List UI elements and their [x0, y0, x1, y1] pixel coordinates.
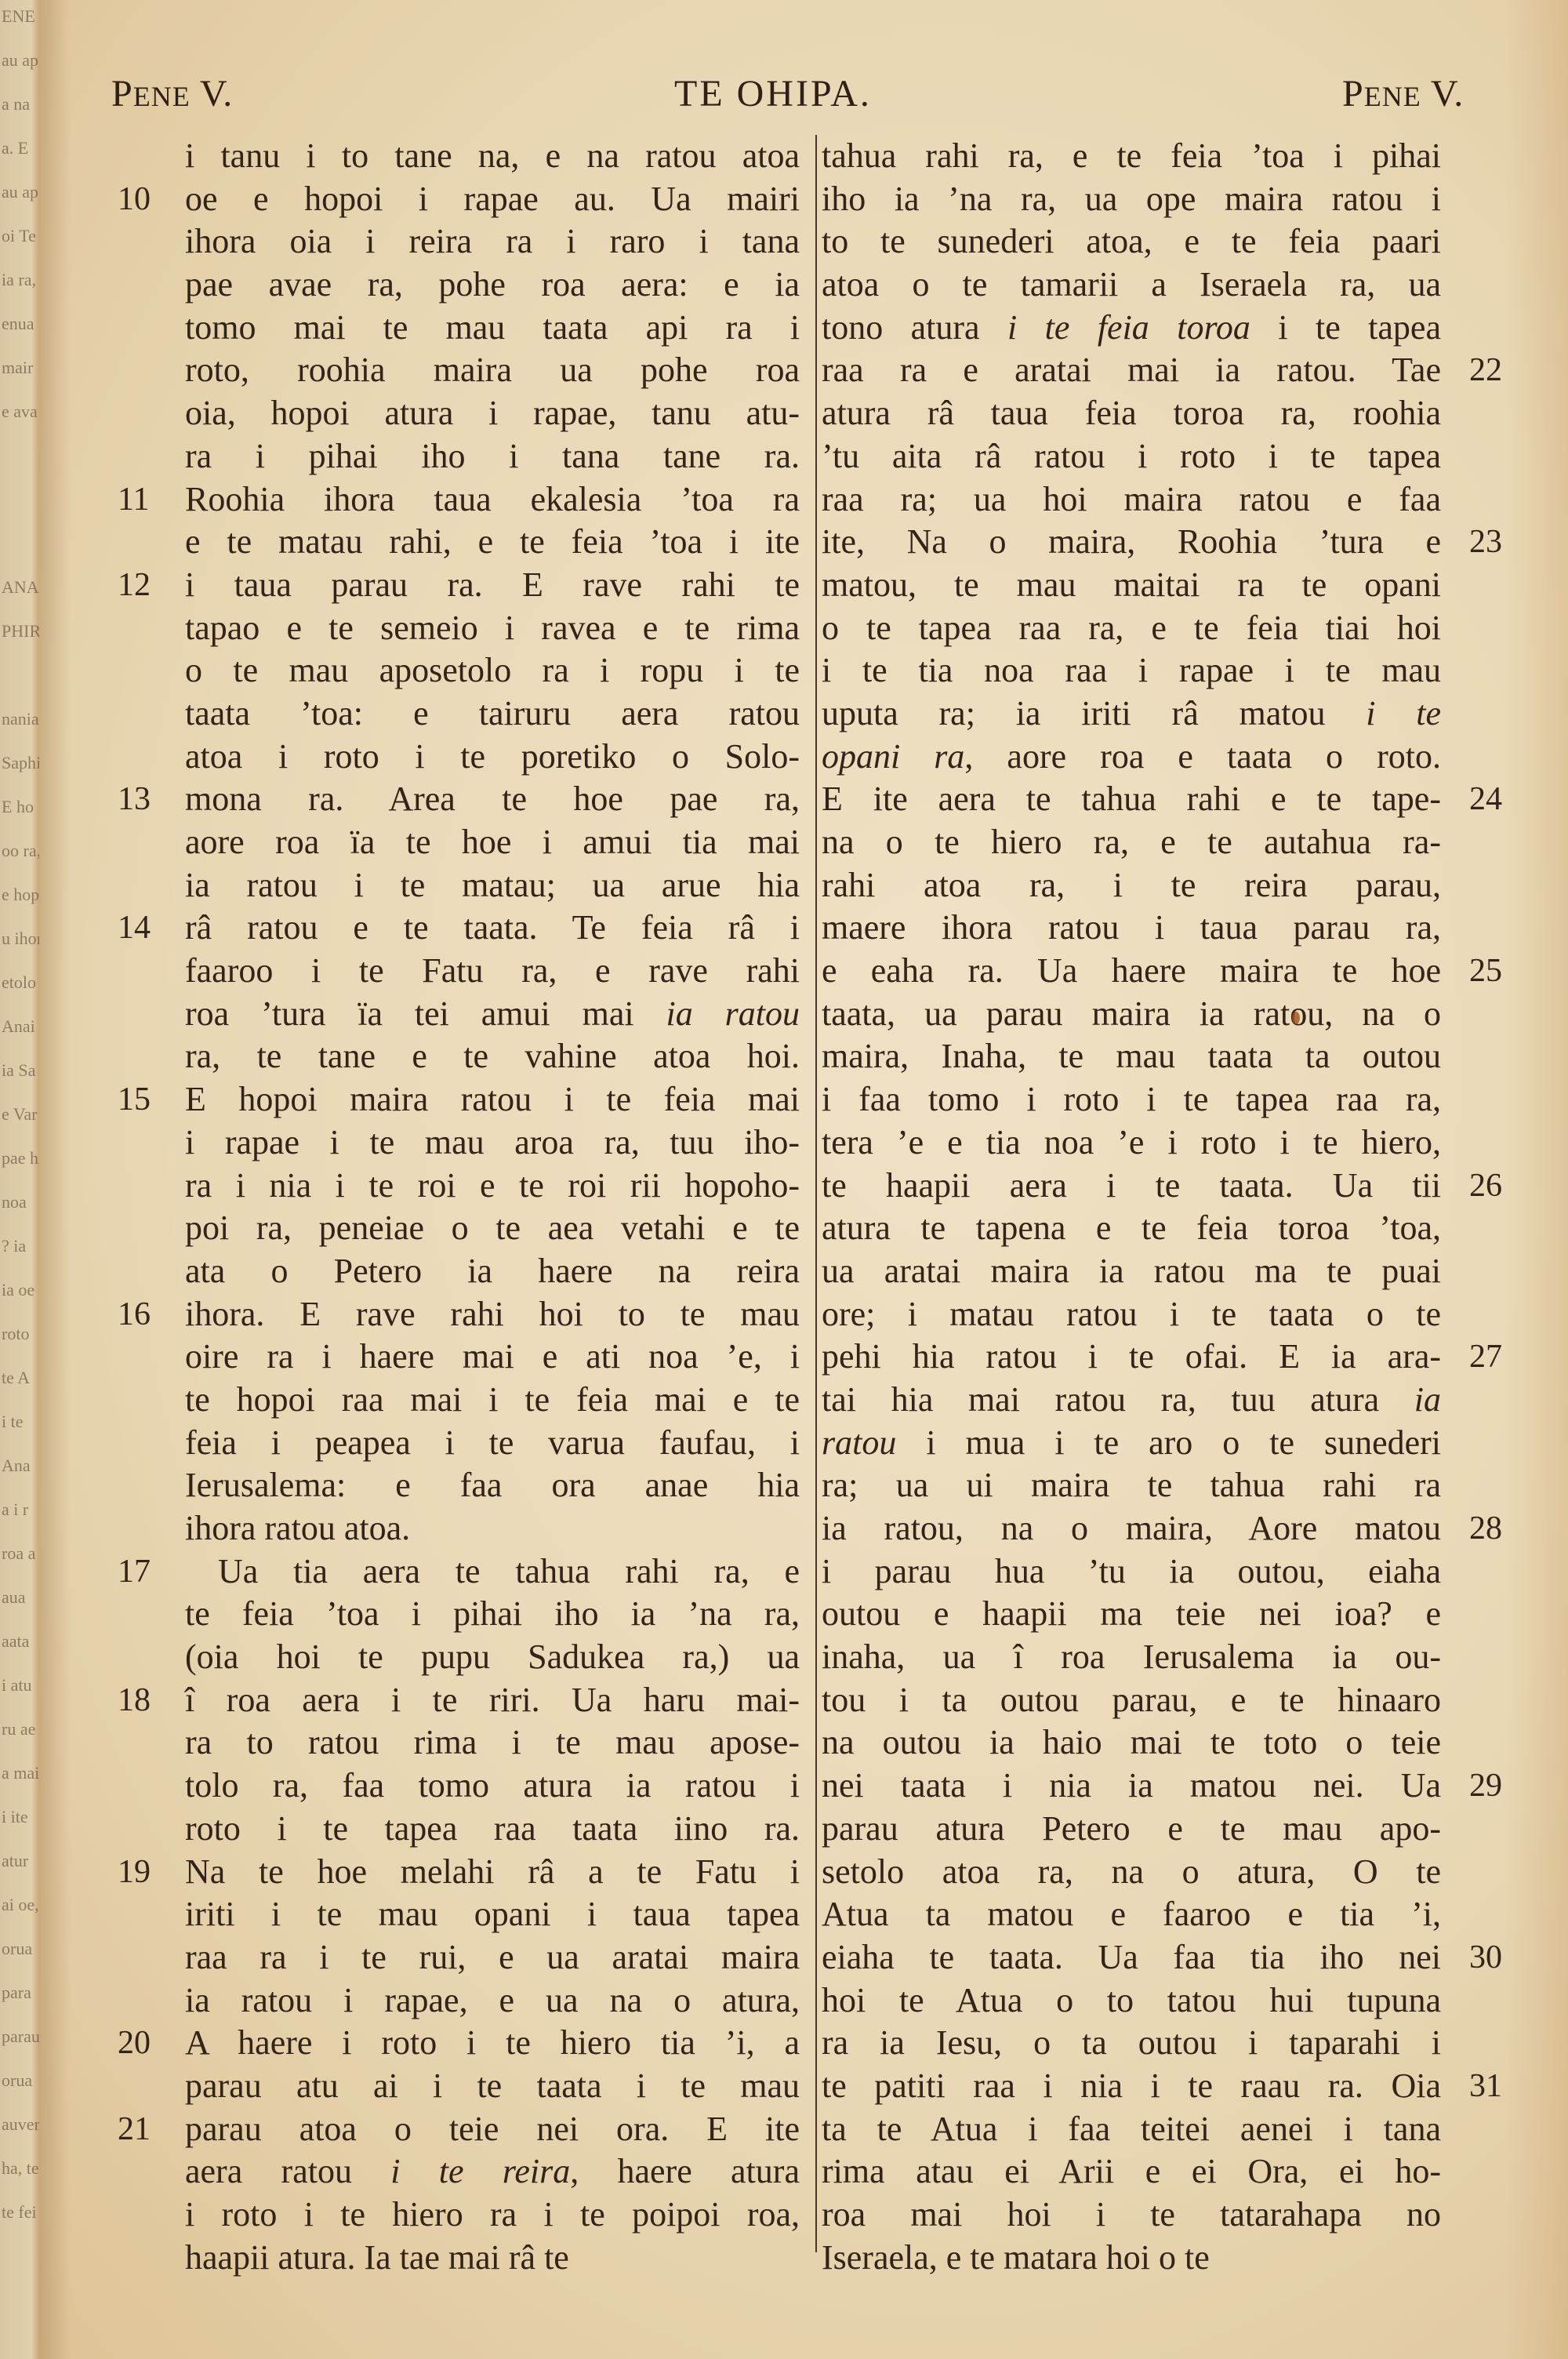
text-line: ra i pihai iho i tana tane ra.: [185, 435, 800, 478]
text-line: roto i te tapea raa taata iino ra.: [185, 1808, 800, 1851]
text-line: atura te tapena e te feia toroa ’toa,: [822, 1207, 1441, 1250]
line-text: parau atura Petero e te mau apo-: [822, 1809, 1441, 1848]
bleed-text: orua: [2, 1939, 32, 1959]
text-line: ihora oia i reira ra i raro i tana: [185, 220, 800, 264]
text-line: (oia hoi te pupu Sadukea ra,) ua: [185, 1636, 800, 1679]
verse-number: 15: [118, 1078, 151, 1121]
line-text: ihora oia i reira ra i raro i tana: [185, 222, 800, 260]
text-line: ata o Petero ia haere na reira: [185, 1250, 800, 1293]
verse-number: 14: [118, 907, 151, 950]
verse-number: 12: [118, 564, 151, 607]
bleed-text: oo ra,: [2, 841, 39, 861]
bleed-text: orua: [2, 2070, 32, 2091]
running-head-right: PENE V.: [1342, 72, 1464, 115]
bleed-text: ru ae: [2, 1719, 35, 1739]
line-text: oe e hopoi i rapae au. Ua mairi: [185, 180, 800, 218]
line-text: tera ’e e tia noa ’e i roto i te hiero,: [822, 1123, 1441, 1161]
text-line: maere ihora ratou i taua parau ra,: [822, 907, 1441, 950]
text-line: maira, Inaha, te mau taata ta outou: [822, 1035, 1441, 1078]
line-text: roa mai hoi i te tatarahapa no: [822, 2195, 1441, 2234]
line-text: A haere i roto i te hiero tia ’i, a: [185, 2023, 800, 2062]
text-line: i tanu i to tane na, e na ratou atoa: [185, 135, 800, 178]
line-text: poi ra, peneiae o te aea vetahi e te: [185, 1209, 800, 1247]
line-text: parau atu ai i te taata i te mau: [185, 2066, 800, 2105]
text-line: tou i ta outou parau, e te hinaaro: [822, 1679, 1441, 1722]
verse-number: 13: [118, 778, 151, 821]
text-line: parau atu ai i te taata i te mau: [185, 2065, 800, 2108]
bleed-text: auver: [2, 2114, 39, 2135]
line-text: uputa ra; ia iriti râ matou: [822, 694, 1366, 732]
line-text: taata ’toa: e tairuru aera ratou: [185, 694, 800, 732]
line-text: i rapae i te mau aroa ra, tuu iho-: [185, 1123, 800, 1161]
text-line: roa ’tura ïa tei amui mai ia ratou: [185, 993, 800, 1036]
line-text: , haere atura: [570, 2152, 800, 2190]
line-text: to te sunederi atoa, e te feia paari: [822, 222, 1441, 260]
text-line: 27pehi hia ratou i te ofai. E ia ara-: [822, 1336, 1441, 1379]
text-line: i faa tomo i roto i te tapea raa ra,: [822, 1078, 1441, 1121]
text-column-right: tahua rahi ra, e te feia ’toa i pihaiiho…: [822, 135, 1441, 2279]
page-edge-shade: [1505, 0, 1568, 2359]
bleed-text: oi Te: [2, 226, 36, 246]
verse-number: 24: [1469, 778, 1502, 821]
bleed-text: Ana: [2, 1456, 31, 1476]
text-line: 19Na te hoe melahi râ a te Fatu i: [185, 1851, 800, 1894]
text-line: o te mau aposetolo ra i ropu i te: [185, 649, 800, 692]
line-text: oia, hopoi atura i rapae, tanu atu-: [185, 394, 800, 432]
text-line: ra to ratou rima i te mau apose-: [185, 1721, 800, 1765]
text-line: ra i nia i te roi e te roi rii hopoho-: [185, 1165, 800, 1208]
text-line: na o te hiero ra, e te autahua ra-: [822, 821, 1441, 864]
line-text: Ierusalema: e faa ora anae hia: [185, 1466, 800, 1504]
verse-number: 19: [118, 1851, 151, 1894]
text-line: rahi atoa ra, i te reira parau,: [822, 864, 1441, 907]
text-line: taata ’toa: e tairuru aera ratou: [185, 692, 800, 736]
text-line: i te tia noa raa i rapae i te mau: [822, 649, 1441, 692]
line-text: roa ’tura ïa tei amui mai: [185, 994, 666, 1033]
line-text: E hopoi maira ratou i te feia mai: [185, 1080, 800, 1118]
text-line: 31te patiti raa i nia i te raau ra. Oia: [822, 2065, 1441, 2108]
line-text: î roa aera i te riri. Ua haru mai-: [185, 1681, 800, 1719]
bleed-text: ai oe,: [2, 1895, 39, 1915]
text-line: tomo mai te mau taata api ra i: [185, 307, 800, 350]
line-text: te hopoi raa mai i te feia mai e te: [185, 1380, 800, 1419]
line-text: tou i ta outou parau, e te hinaaro: [822, 1681, 1441, 1719]
text-line: ra, te tane e te vahine atoa hoi.: [185, 1035, 800, 1078]
verse-number: 21: [118, 2108, 151, 2151]
line-text: hoi te Atua o to tatou hui tupuna: [822, 1981, 1441, 2019]
text-line: feia i peapea i te varua faufau, i: [185, 1422, 800, 1465]
line-text: i mua i te aro o te sunederi: [896, 1423, 1441, 1462]
line-text: ia ratou, na o maira, Aore matou: [822, 1509, 1441, 1547]
line-text: ’tu aita râ ratou i roto i te tapea: [822, 437, 1441, 475]
text-line: oia, hopoi atura i rapae, tanu atu-: [185, 392, 800, 435]
text-line: 23ite, Na o maira, Roohia ’tura e: [822, 521, 1441, 564]
verse-number: 22: [1469, 349, 1502, 392]
bleed-text: a. E: [2, 138, 28, 158]
text-line: tono atura i te feia toroa i te tapea: [822, 307, 1441, 350]
text-line: raa ra; ua hoi maira ratou e faa: [822, 478, 1441, 522]
verse-number: 23: [1469, 521, 1502, 564]
text-line: 12i taua parau ra. E rave rahi te: [185, 564, 800, 607]
bleed-text: i atu: [2, 1675, 32, 1696]
line-text: E ite aera te tahua rahi e te tape-: [822, 780, 1441, 818]
text-line: e te matau rahi, e te feia ’toa i ite: [185, 521, 800, 564]
text-line: 29nei taata i nia ia matou nei. Ua: [822, 1765, 1441, 1808]
text-line: 25e eaha ra. Ua haere maira te hoe: [822, 950, 1441, 993]
text-line: 11Roohia ihora taua ekalesia ’toa ra: [185, 478, 800, 522]
bleed-text: mair: [2, 358, 33, 378]
line-text: ra ia Iesu, o ta outou i taparahi i: [822, 2023, 1441, 2062]
line-text: ihora ratou atoa.: [185, 1509, 410, 1547]
line-text: , aore roa e taata o roto.: [964, 737, 1441, 776]
bleed-text: ia oe: [2, 1280, 34, 1300]
text-line: rima atau ei Arii e ei Ora, ei ho-: [822, 2150, 1441, 2194]
bleed-text: ENE I: [2, 6, 39, 27]
line-text: setolo atoa ra, na o atura, O te: [822, 1852, 1441, 1891]
bleed-text: para: [2, 1983, 31, 2003]
text-line: 13mona ra. Area te hoe pae ra,: [185, 778, 800, 821]
text-line: iriti i te mau opani i taua tapea: [185, 1893, 800, 1936]
verse-number: 20: [118, 2022, 151, 2065]
bleed-text: enua: [2, 314, 34, 334]
text-line: ihora ratou atoa.: [185, 1507, 800, 1550]
italic-text: i te feia toroa: [1007, 308, 1250, 347]
line-text: râ ratou e te taata. Te feia râ i: [185, 908, 800, 947]
text-line: outou e haapii ma teie nei ioa? e: [822, 1593, 1441, 1636]
text-line: setolo atoa ra, na o atura, O te: [822, 1851, 1441, 1894]
text-line: 18î roa aera i te riri. Ua haru mai-: [185, 1679, 800, 1722]
line-text: ore; i matau ratou i te taata o te: [822, 1295, 1441, 1333]
text-line: 20A haere i roto i te hiero tia ’i, a: [185, 2022, 800, 2065]
line-text: ia ratou i rapae, e ua na o atura,: [185, 1981, 800, 2019]
bleed-text: aata: [2, 1631, 29, 1652]
text-line: inaha, ua î roa Ierusalema ia ou-: [822, 1636, 1441, 1679]
bleed-text: te fei: [2, 2202, 37, 2223]
line-text: ra i nia i te roi e te roi rii hopoho-: [185, 1166, 800, 1205]
line-text: ihora. E rave rahi hoi to te mau: [185, 1295, 800, 1333]
line-text: i tanu i to tane na, e na ratou atoa: [185, 136, 800, 175]
line-text: aera ratou: [185, 2152, 390, 2190]
bleed-text: au ap: [2, 50, 38, 71]
bleed-text: a mai: [2, 1763, 39, 1783]
line-text: i te tia noa raa i rapae i te mau: [822, 651, 1441, 689]
line-text: tai hia mai ratou ra, tuu atura: [822, 1380, 1414, 1419]
bleed-text: e Var: [2, 1104, 37, 1125]
line-text: atoa i roto i te poretiko o Solo-: [185, 737, 800, 776]
adjacent-page-edge: ENE Iau apa naa. Eau apoi Teia ra,enuama…: [0, 0, 39, 2359]
text-line: 21parau atoa o teie nei ora. E ite: [185, 2108, 800, 2151]
bleed-text: nania: [2, 709, 39, 729]
line-text: taata, ua parau maira ia ratou, na o: [822, 994, 1441, 1033]
line-text: parau atoa o teie nei ora. E ite: [185, 2110, 800, 2148]
line-text: te feia ’toa i pihai iho ia ’na ra,: [185, 1594, 800, 1633]
line-text: o te mau aposetolo ra i ropu i te: [185, 651, 800, 689]
text-line: 30eiaha te taata. Ua faa tia iho nei: [822, 1936, 1441, 1979]
text-line: i roto i te hiero ra i te poipoi roa,: [185, 2194, 800, 2237]
line-text: pae avae ra, pohe roa aera: e ia: [185, 265, 800, 304]
bleed-text: noa: [2, 1192, 27, 1212]
gutter-shadow: [39, 0, 71, 2359]
text-line: te hopoi raa mai i te feia mai e te: [185, 1379, 800, 1422]
text-line: Iseraela, e te matara hoi o te: [822, 2237, 1441, 2280]
line-text: na outou ia haio mai te toto o teie: [822, 1723, 1441, 1761]
text-line: Ierusalema: e faa ora anae hia: [185, 1464, 800, 1507]
text-line: 26te haapii aera i te taata. Ua tii: [822, 1165, 1441, 1208]
text-line: oire ra i haere mai e ati noa ’e, i: [185, 1336, 800, 1379]
verse-number: 26: [1469, 1165, 1502, 1208]
line-text: feia i peapea i te varua faufau, i: [185, 1423, 800, 1462]
line-text: tapao e te semeio i ravea e te rima: [185, 609, 800, 647]
text-line: aore roa ïa te hoe i amui tia mai: [185, 821, 800, 864]
bleed-text: Saphi: [2, 753, 39, 773]
line-text: e te matau rahi, e te feia ’toa i ite: [185, 522, 800, 561]
line-text: rahi atoa ra, i te reira parau,: [822, 866, 1441, 904]
text-column-left: i tanu i to tane na, e na ratou atoa10oe…: [185, 135, 800, 2279]
text-line: na outou ia haio mai te toto o teie: [822, 1721, 1441, 1765]
line-text: ite, Na o maira, Roohia ’tura e: [822, 522, 1441, 561]
text-line: haapii atura. Ia tae mai râ te: [185, 2237, 800, 2280]
bleed-text: a na: [2, 94, 30, 114]
text-line: ua aratai maira ia ratou ma te puai: [822, 1250, 1441, 1293]
bleed-text: E ho: [2, 797, 34, 817]
line-text: pehi hia ratou i te ofai. E ia ara-: [822, 1337, 1441, 1376]
verse-number: 28: [1469, 1507, 1502, 1550]
bleed-text: roto: [2, 1324, 29, 1344]
italic-text: i te reira: [390, 2152, 570, 2190]
bleed-text: i te: [2, 1412, 24, 1432]
bleed-text: u ihor: [2, 929, 39, 949]
text-line: parau atura Petero e te mau apo-: [822, 1808, 1441, 1851]
line-text: (oia hoi te pupu Sadukea ra,) ua: [185, 1637, 800, 1676]
text-line: ia ratou i rapae, e ua na o atura,: [185, 1979, 800, 2023]
text-line: tahua rahi ra, e te feia ’toa i pihai: [822, 135, 1441, 178]
text-line: te feia ’toa i pihai iho ia ’na ra,: [185, 1593, 800, 1636]
bleed-text: ANAN: [2, 577, 39, 598]
line-text: ata o Petero ia haere na reira: [185, 1252, 800, 1290]
verse-number: 30: [1469, 1936, 1502, 1979]
italic-text: opani ra: [822, 737, 964, 776]
bleed-text: e ava: [2, 402, 38, 422]
verse-number: 11: [118, 478, 149, 522]
text-line: raa ra i te rui, e ua aratai maira: [185, 1936, 800, 1979]
text-line: atura râ taua feia toroa ra, roohia: [822, 392, 1441, 435]
line-text: maere ihora ratou i taua parau ra,: [822, 908, 1441, 947]
line-text: Roohia ihora taua ekalesia ’toa ra: [185, 480, 800, 518]
text-line: 17Ua tia aera te tahua rahi ra, e: [185, 1550, 800, 1594]
line-text: aore roa ïa te hoe i amui tia mai: [185, 823, 800, 861]
line-text: matou, te mau maitai ra te opani: [822, 565, 1441, 604]
text-line: 22raa ra e aratai mai ia ratou. Tae: [822, 349, 1441, 392]
verse-number: 29: [1469, 1765, 1502, 1808]
bleed-text: a i r: [2, 1499, 28, 1520]
text-line: ra; ua ui maira te tahua rahi ra: [822, 1464, 1441, 1507]
line-text: faaroo i te Fatu ra, e rave rahi: [185, 951, 800, 990]
text-line: pae avae ra, pohe roa aera: e ia: [185, 264, 800, 307]
line-text: i parau hua ’tu ia outou, eiaha: [822, 1552, 1441, 1590]
text-line: Atua ta matou e faaroo e tia ’i,: [822, 1893, 1441, 1936]
text-line: 10oe e hopoi i rapae au. Ua mairi: [185, 178, 800, 221]
text-line: ore; i matau ratou i te taata o te: [822, 1293, 1441, 1336]
line-text: atura te tapena e te feia toroa ’toa,: [822, 1209, 1441, 1247]
line-text: i roto i te hiero ra i te poipoi roa,: [185, 2195, 800, 2234]
text-line: atoa i roto i te poretiko o Solo-: [185, 736, 800, 779]
line-text: nei taata i nia ia matou nei. Ua: [822, 1766, 1441, 1805]
bleed-text: i ite: [2, 1807, 28, 1827]
verse-number: 18: [118, 1679, 151, 1722]
text-line: 14râ ratou e te taata. Te feia râ i: [185, 907, 800, 950]
text-line: roa mai hoi i te tatarahapa no: [822, 2194, 1441, 2237]
line-text: e eaha ra. Ua haere maira te hoe: [822, 951, 1441, 990]
text-line: uputa ra; ia iriti râ matou i te: [822, 692, 1441, 736]
bleed-text: PHIRA: [2, 621, 39, 642]
line-text: roto i te tapea raa taata iino ra.: [185, 1809, 800, 1848]
text-line: 16ihora. E rave rahi hoi to te mau: [185, 1293, 800, 1336]
line-text: atoa o te tamarii a Iseraela ra, ua: [822, 265, 1441, 304]
line-text: raa ra i te rui, e ua aratai maira: [185, 1938, 800, 1976]
running-head-left: PENE V.: [111, 72, 233, 115]
line-text: i te tapea: [1250, 308, 1441, 347]
bleed-text: e hop: [2, 885, 39, 905]
text-line: ia ratou i te matau; ua arue hia: [185, 864, 800, 907]
line-text: Atua ta matou e faaroo e tia ’i,: [822, 1895, 1441, 1933]
line-text: iho ia ’na ra, ua ope maira ratou i: [822, 180, 1441, 218]
text-line: tapao e te semeio i ravea e te rima: [185, 607, 800, 650]
text-line: taata, ua parau maira ia ratou, na o: [822, 993, 1441, 1036]
italic-text: ratou: [822, 1423, 896, 1462]
text-line: aera ratou i te reira, haere atura: [185, 2150, 800, 2194]
verse-number: 25: [1469, 950, 1502, 993]
bleed-text: ia Sa: [2, 1060, 35, 1081]
verse-number: 27: [1469, 1336, 1502, 1379]
italic-text: ia: [1414, 1380, 1441, 1419]
line-text: tono atura: [822, 308, 1007, 347]
text-line: ratou i mua i te aro o te sunederi: [822, 1422, 1441, 1465]
bleed-text: ia ra,: [2, 270, 36, 290]
column-divider: [815, 135, 817, 2252]
line-text: Ua tia aera te tahua rahi ra, e: [218, 1552, 800, 1590]
line-text: iriti i te mau opani i taua tapea: [185, 1895, 800, 1933]
book-page: ENE Iau apa naa. Eau apoi Teia ra,enuama…: [0, 0, 1568, 2359]
text-line: tolo ra, faa tomo atura ia ratou i: [185, 1765, 800, 1808]
line-text: inaha, ua î roa Ierusalema ia ou-: [822, 1637, 1441, 1676]
text-line: ra ia Iesu, o ta outou i taparahi i: [822, 2022, 1441, 2065]
text-line: tera ’e e tia noa ’e i roto i te hiero,: [822, 1121, 1441, 1165]
line-text: o te tapea raa ra, e te feia tiai hoi: [822, 609, 1441, 647]
line-text: tolo ra, faa tomo atura ia ratou i: [185, 1766, 800, 1805]
text-line: poi ra, peneiae o te aea vetahi e te: [185, 1207, 800, 1250]
line-text: Iseraela, e te matara hoi o te: [822, 2238, 1210, 2277]
bleed-text: roa a: [2, 1543, 35, 1564]
line-text: raa ra; ua hoi maira ratou e faa: [822, 480, 1441, 518]
text-line: ’tu aita râ ratou i roto i te tapea: [822, 435, 1441, 478]
line-text: raa ra e aratai mai ia ratou. Tae: [822, 351, 1441, 389]
text-line: atoa o te tamarii a Iseraela ra, ua: [822, 264, 1441, 307]
bleed-text: etolo: [2, 972, 36, 993]
verse-number: 17: [118, 1550, 151, 1594]
line-text: haapii atura. Ia tae mai râ te: [185, 2238, 569, 2277]
line-text: mona ra. Area te hoe pae ra,: [185, 780, 800, 818]
line-text: roto, roohia maira ua pohe roa: [185, 351, 800, 389]
line-text: atura râ taua feia toroa ra, roohia: [822, 394, 1441, 432]
paper-stain: [1292, 1012, 1300, 1024]
italic-text: i te: [1366, 694, 1441, 732]
bleed-text: ? ia: [2, 1236, 26, 1256]
line-text: maira, Inaha, te mau taata ta outou: [822, 1037, 1441, 1075]
verse-number: 10: [118, 178, 151, 221]
bleed-text: aua: [2, 1587, 26, 1608]
italic-text: ia ratou: [666, 994, 800, 1033]
bleed-text: Anai: [2, 1016, 35, 1037]
text-line: i rapae i te mau aroa ra, tuu iho-: [185, 1121, 800, 1165]
text-line: matou, te mau maitai ra te opani: [822, 564, 1441, 607]
text-line: to te sunederi atoa, e te feia paari: [822, 220, 1441, 264]
line-text: na o te hiero ra, e te autahua ra-: [822, 823, 1441, 861]
line-text: ua aratai maira ia ratou ma te puai: [822, 1252, 1441, 1290]
text-line: opani ra, aore roa e taata o roto.: [822, 736, 1441, 779]
bleed-text: pae h: [2, 1148, 38, 1169]
line-text: te patiti raa i nia i te raau ra. Oia: [822, 2066, 1441, 2105]
line-text: i taua parau ra. E rave rahi te: [185, 565, 800, 604]
text-line: 28ia ratou, na o maira, Aore matou: [822, 1507, 1441, 1550]
text-line: o te tapea raa ra, e te feia tiai hoi: [822, 607, 1441, 650]
bleed-text: au ap: [2, 182, 38, 202]
line-text: ra; ua ui maira te tahua rahi ra: [822, 1466, 1441, 1504]
line-text: te haapii aera i te taata. Ua tii: [822, 1166, 1441, 1205]
bleed-text: te A: [2, 1368, 30, 1388]
line-text: ta te Atua i faa teitei aenei i tana: [822, 2110, 1441, 2148]
verse-number: 31: [1469, 2065, 1502, 2108]
text-line: iho ia ’na ra, ua ope maira ratou i: [822, 178, 1441, 221]
text-line: ta te Atua i faa teitei aenei i tana: [822, 2108, 1441, 2151]
line-text: i faa tomo i roto i te tapea raa ra,: [822, 1080, 1441, 1118]
line-text: Na te hoe melahi râ a te Fatu i: [185, 1852, 800, 1891]
line-text: ra i pihai iho i tana tane ra.: [185, 437, 800, 475]
line-text: ra to ratou rima i te mau apose-: [185, 1723, 800, 1761]
line-text: tahua rahi ra, e te feia ’toa i pihai: [822, 136, 1441, 175]
line-text: ia ratou i te matau; ua arue hia: [185, 866, 800, 904]
text-line: 24E ite aera te tahua rahi e te tape-: [822, 778, 1441, 821]
text-line: i parau hua ’tu ia outou, eiaha: [822, 1550, 1441, 1594]
line-text: outou e haapii ma teie nei ioa? e: [822, 1594, 1441, 1633]
text-line: 15E hopoi maira ratou i te feia mai: [185, 1078, 800, 1121]
text-line: tai hia mai ratou ra, tuu atura ia: [822, 1379, 1441, 1422]
text-line: roto, roohia maira ua pohe roa: [185, 349, 800, 392]
bleed-text: parau: [2, 2026, 39, 2047]
line-text: rima atau ei Arii e ei Ora, ei ho-: [822, 2152, 1441, 2190]
line-text: oire ra i haere mai e ati noa ’e, i: [185, 1337, 800, 1376]
running-head-title: TE OHIPA.: [674, 72, 872, 115]
line-text: ra, te tane e te vahine atoa hoi.: [185, 1037, 800, 1075]
verse-number: 16: [118, 1293, 151, 1336]
bleed-text: ha, te: [2, 2158, 39, 2179]
line-text: eiaha te taata. Ua faa tia iho nei: [822, 1938, 1441, 1976]
bleed-text: atur: [2, 1851, 28, 1871]
text-line: faaroo i te Fatu ra, e rave rahi: [185, 950, 800, 993]
text-line: hoi te Atua o to tatou hui tupuna: [822, 1979, 1441, 2023]
line-text: tomo mai te mau taata api ra i: [185, 308, 800, 347]
